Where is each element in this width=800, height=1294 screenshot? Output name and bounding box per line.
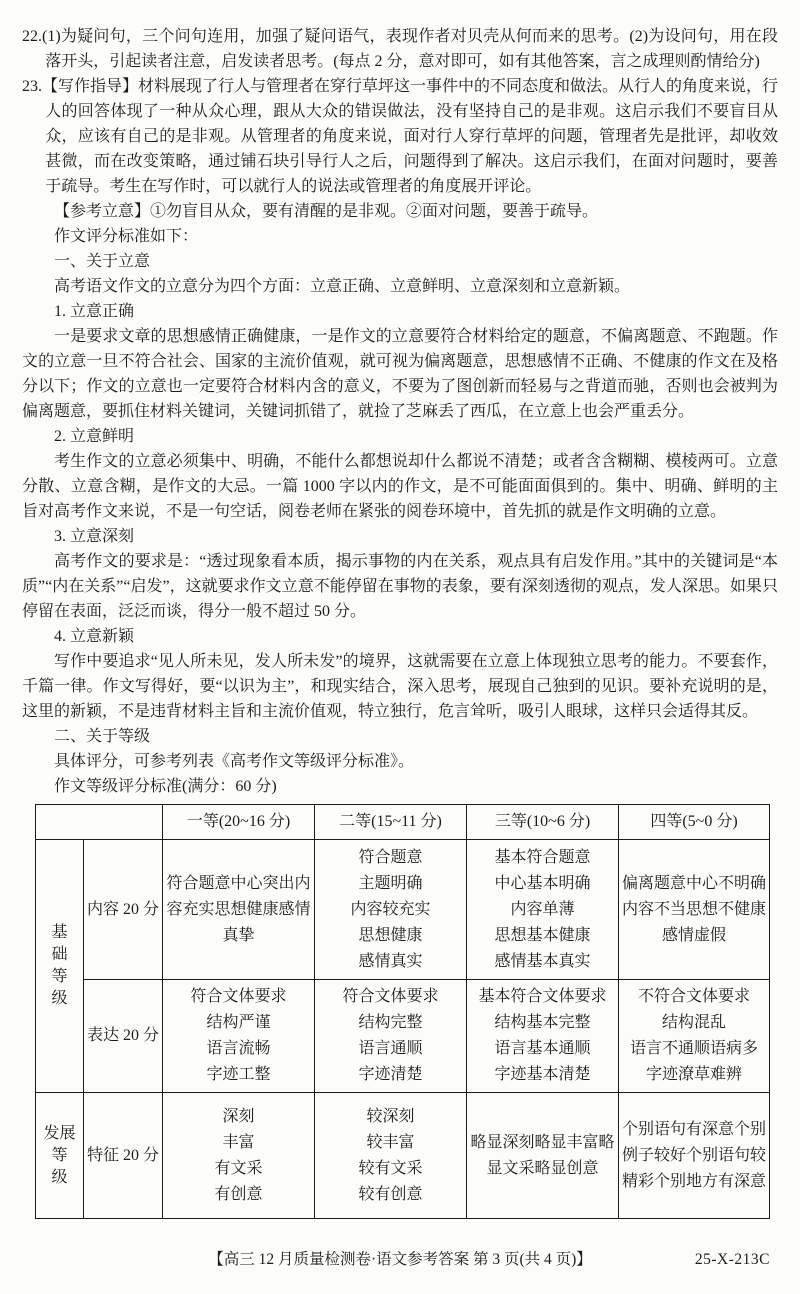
answer-item-22: 22.(1)为疑问句，三个问句连用，加强了疑问语气，表现作者对贝壳从何而来的思考… [22,24,778,74]
grade-cell: 基本符合文体要求 结构基本完整 语言基本通顺 字迹基本清楚 [467,980,619,1093]
sub-4-novel-body: 写作中要追求“见人所未见，发人所未发”的境界，这就需要在立意上体现独立思考的能力… [22,649,778,724]
sub-1-correct-heading: 1. 立意正确 [22,299,778,324]
grade-cell: 符合文体要求 结构完整 语言通顺 字迹清楚 [315,980,467,1093]
sub-2-clear-heading: 2. 立意鲜明 [22,424,778,449]
grade-cell: 符合题意 主题明确 内容较充实 思想健康 感情真实 [315,840,467,980]
writing-guide-item-23: 23.【写作指导】材料展现了行人与管理者在穿行草坪这一事件中的不同态度和做法。从… [22,74,778,199]
header-cell-grade-4: 四等(5~0 分) [619,805,770,840]
answer-sheet-page: 22.(1)为疑问句，三个问句连用，加强了疑问语气，表现作者对贝壳从何而来的思考… [0,0,800,1294]
header-cell-grade-1: 一等(20~16 分) [163,805,315,840]
grade-cell: 个别语句有深意个别例子较好个别语句较精彩个别地方有深意 [619,1093,770,1219]
footer-page-info: 【高三 12 月质量检测卷·语文参考答案 第 3 页(共 4 页)】 [208,1251,592,1268]
table-row-feature: 发展等 级 特征 20 分 深刻 丰富 有文采 有创意 较深刻 较丰富 较有文采… [36,1093,770,1219]
group-cell-development-level: 发展等 级 [36,1093,84,1219]
group-cell-basic-level: 基 础 等 级 [36,840,84,1093]
footer-paper-code: 25-X-213C [695,1250,770,1270]
table-caption: 作文等级评分标准(满分：60 分) [22,774,778,799]
scoring-criteria-lead: 作文评分标准如下： [22,224,778,249]
table-header-row: 一等(20~16 分) 二等(15~11 分) 三等(10~6 分) 四等(5~… [36,805,770,840]
section-intent-heading: 一、关于立意 [22,249,778,274]
grade-cell: 基本符合题意 中心基本明确 内容单薄 思想基本健康 感情基本真实 [467,840,619,980]
header-blank-cell [36,805,163,840]
grade-reference-note: 具体评分，可参考列表《高考作文等级评分标准》。 [22,749,778,774]
grade-cell: 略显深刻略显丰富略显文采略显创意 [467,1093,619,1219]
sub-1-correct-body: 一是要求文章的思想感情正确健康，一是作文的立意要符合材料给定的题意，不偏离题意、… [22,324,778,424]
header-cell-grade-2: 二等(15~11 分) [315,805,467,840]
grade-cell: 偏离题意中心不明确内容不当思想不健康感情虚假 [619,840,770,980]
sub-4-novel-heading: 4. 立意新颖 [22,624,778,649]
header-cell-grade-3: 三等(10~6 分) [467,805,619,840]
grade-cell: 符合文体要求 结构严谨 语言流畅 字迹工整 [163,980,315,1093]
grade-cell: 深刻 丰富 有文采 有创意 [163,1093,315,1219]
page-footer: 【高三 12 月质量检测卷·语文参考答案 第 3 页(共 4 页)】 25-X-… [0,1250,800,1270]
grade-cell: 符合题意中心突出内容充实思想健康感情真挚 [163,840,315,980]
grading-table: 一等(20~16 分) 二等(15~11 分) 三等(10~6 分) 四等(5~… [35,804,770,1219]
section-grade-heading: 二、关于等级 [22,724,778,749]
sub-3-profound-heading: 3. 立意深刻 [22,524,778,549]
grade-cell: 较深刻 较丰富 较有文采 较有创意 [315,1093,467,1219]
table-row-expression: 表达 20 分 符合文体要求 结构严谨 语言流畅 字迹工整 符合文体要求 结构完… [36,980,770,1093]
grade-cell: 不符合文体要求 结构混乱 语言不通顺语病多 字迹潦草难辨 [619,980,770,1093]
row-label-content: 内容 20 分 [84,840,163,980]
row-label-expression: 表达 20 分 [84,980,163,1093]
sub-2-clear-body: 考生作文的立意必须集中、明确，不能什么都想说却什么都说不清楚；或者含含糊糊、模棱… [22,449,778,524]
sub-3-profound-body: 高考作文的要求是：“透过现象看本质，揭示事物的内在关系，观点具有启发作用。”其中… [22,549,778,624]
row-label-feature: 特征 20 分 [84,1093,163,1219]
intent-four-aspects: 高考语文作文的立意分为四个方面：立意正确、立意鲜明、立意深刻和立意新颖。 [22,274,778,299]
reference-intent: 【参考立意】①勿盲目从众，要有清醒的是非观。②面对问题，要善于疏导。 [22,199,778,224]
table-row-content: 基 础 等 级 内容 20 分 符合题意中心突出内容充实思想健康感情真挚 符合题… [36,840,770,980]
